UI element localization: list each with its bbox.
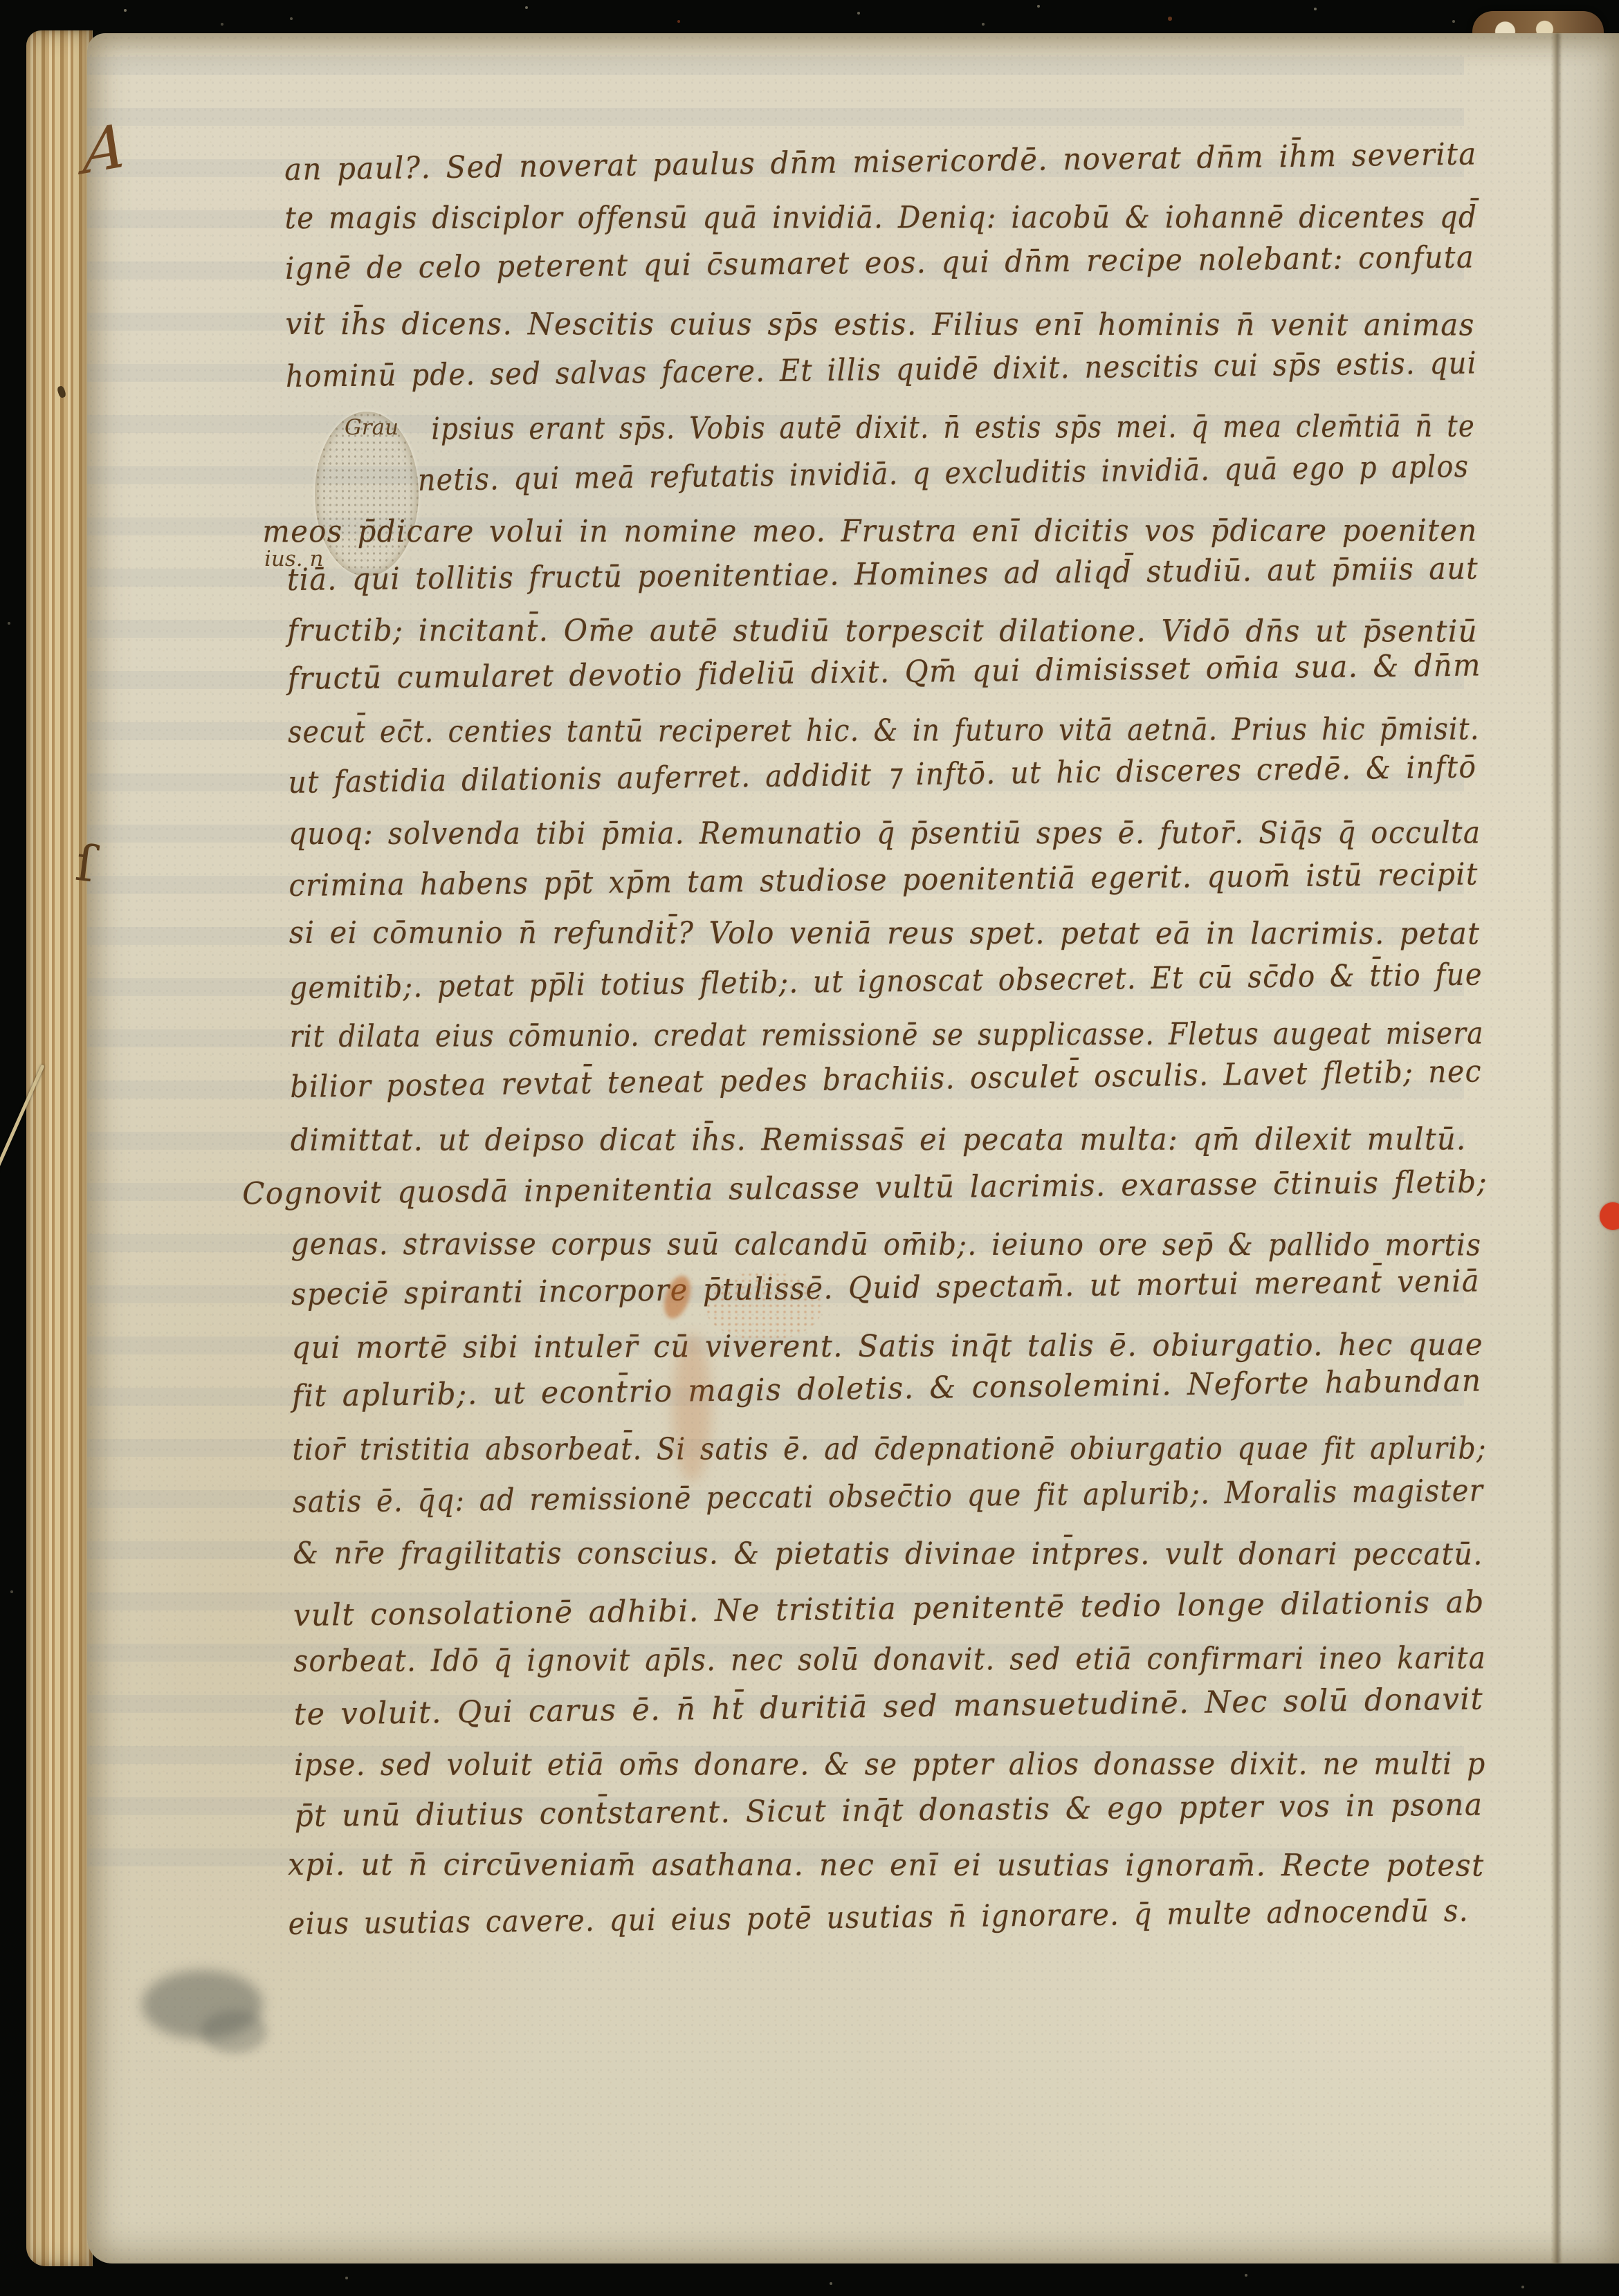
rust-stain-streak: [673, 1334, 711, 1482]
dust-speckles: [0, 0, 1, 1]
manuscript-text-line: si ei cōmunio n̄ refundit̄? Volo veniā r…: [289, 915, 1480, 952]
manuscript-text-line: Cognovit quosdā inpenitentia sulcasse vu…: [242, 1164, 1488, 1211]
fold-crease: [1551, 33, 1562, 2263]
manuscript-text-line: sorbeat. Idō q̄ ignovit ap̄ls. nec solū …: [293, 1640, 1486, 1679]
manuscript-text-line: dimittat. ut deipso dicat ih̄s. Remissas…: [291, 1122, 1467, 1158]
manuscript-text-line: p̄t unū diutius cont̄starent. Sicut inq̄…: [294, 1787, 1483, 1833]
manuscript-text-line: vult consolationē adhibi. Ne tristitia p…: [293, 1584, 1485, 1633]
manuscript-text-line: rit dilata eius cōmunio. credat remissio…: [290, 1016, 1484, 1054]
manuscript-text-line: xpi. ut n̄ circūveniam̄ asathana. nec en…: [288, 1847, 1484, 1884]
rust-stain-speckles: [705, 1271, 823, 1341]
gray-smudge-small: [201, 2010, 267, 2053]
manuscript-text-line: qui mortē sibi intuler̄ cū viverent. Sat…: [292, 1327, 1484, 1366]
text-block: an paul?. Sed noverat paulus dn̄m miseri…: [87, 28, 1619, 2268]
manuscript-text-line: hominū pde. sed salvas facere. Et illis …: [286, 345, 1478, 394]
manuscript-text-line: ignē de celo peterent qui c̄sumaret eos.…: [285, 240, 1474, 286]
book-page-edge-stack: [26, 30, 93, 2266]
manuscript-text-line: bilior postea revtat̄ teneat pedes brach…: [290, 1054, 1482, 1105]
manuscript-text-line: meos p̄dicare volui in nomine meo. Frust…: [262, 513, 1477, 550]
gutter-shading: [1562, 33, 1619, 2263]
manuscript-text-line: ipse. sed voluit etiā om̄s donare. & se …: [294, 1746, 1485, 1783]
manuscript-text-line: te voluit. Qui carus ē. n̄ ht̄ duritiā s…: [293, 1681, 1483, 1732]
manuscript-text-line: te magis disciplor offensū quā invidiā. …: [285, 200, 1478, 237]
manuscript-text-line: quoq: solvenda tibi p̄mia. Remunatio q̄ …: [289, 816, 1481, 852]
manuscript-text-line: vit ih̄s dicens. Nescitis cuius sp̄s est…: [286, 306, 1475, 343]
manuscript-text-line: an paul?. Sed noverat paulus dn̄m miseri…: [284, 136, 1477, 187]
manuscript-text-line: tior̄ tristitia absorbeat̄. Si satis ē. …: [292, 1431, 1486, 1467]
manuscript-text-line: secut̄ ec̄t. centies tantū reciperet hic…: [288, 711, 1480, 750]
manuscript-text-line: crimina habens pp̄t xp̄m tam studiose po…: [289, 857, 1479, 904]
parchment-page: A ſ Grau ius. n an paul?. Sed noverat pa…: [87, 33, 1619, 2263]
manuscript-text-line: ipsius erant sp̄s. Vobis autē dixit. n̄ …: [431, 409, 1475, 447]
manuscript-text-line: fit aplurib;. ut econt̄rio magis doletis…: [292, 1363, 1482, 1414]
manuscript-text-line: fructū cumularet devotio fideliū dixit. …: [287, 648, 1481, 697]
manuscript-text-line: genas. stravisse corpus suū calcandū om̄…: [291, 1227, 1482, 1263]
manuscript-text-line: ut fastidia dilationis auferret. addidit…: [288, 750, 1476, 800]
manuscript-text-line: & nr̄e fragilitatis conscius. & pietatis…: [293, 1536, 1483, 1572]
manuscript-photo: A ſ Grau ius. n an paul?. Sed noverat pa…: [0, 0, 1619, 2296]
manuscript-text-line: gemitib;. petat pp̄li totius fletib;. ut…: [289, 957, 1483, 1006]
manuscript-text-line: fructib; incitant̄. Om̄e autē studiū tor…: [287, 613, 1478, 650]
manuscript-text-line: tiā. qui tollitis fructū poenitentiae. H…: [287, 551, 1479, 598]
manuscript-text-line: eius usutias cavere. qui eius potē usuti…: [288, 1893, 1469, 1942]
manuscript-text-line: netis. qui meā refutatis invidiā. q excl…: [418, 449, 1470, 498]
manuscript-text-line: speciē spiranti incorpore p̄tulissē. Qui…: [291, 1264, 1480, 1312]
manuscript-text-line: satis ē. q̄q: ad remissionē peccati obse…: [293, 1473, 1484, 1520]
